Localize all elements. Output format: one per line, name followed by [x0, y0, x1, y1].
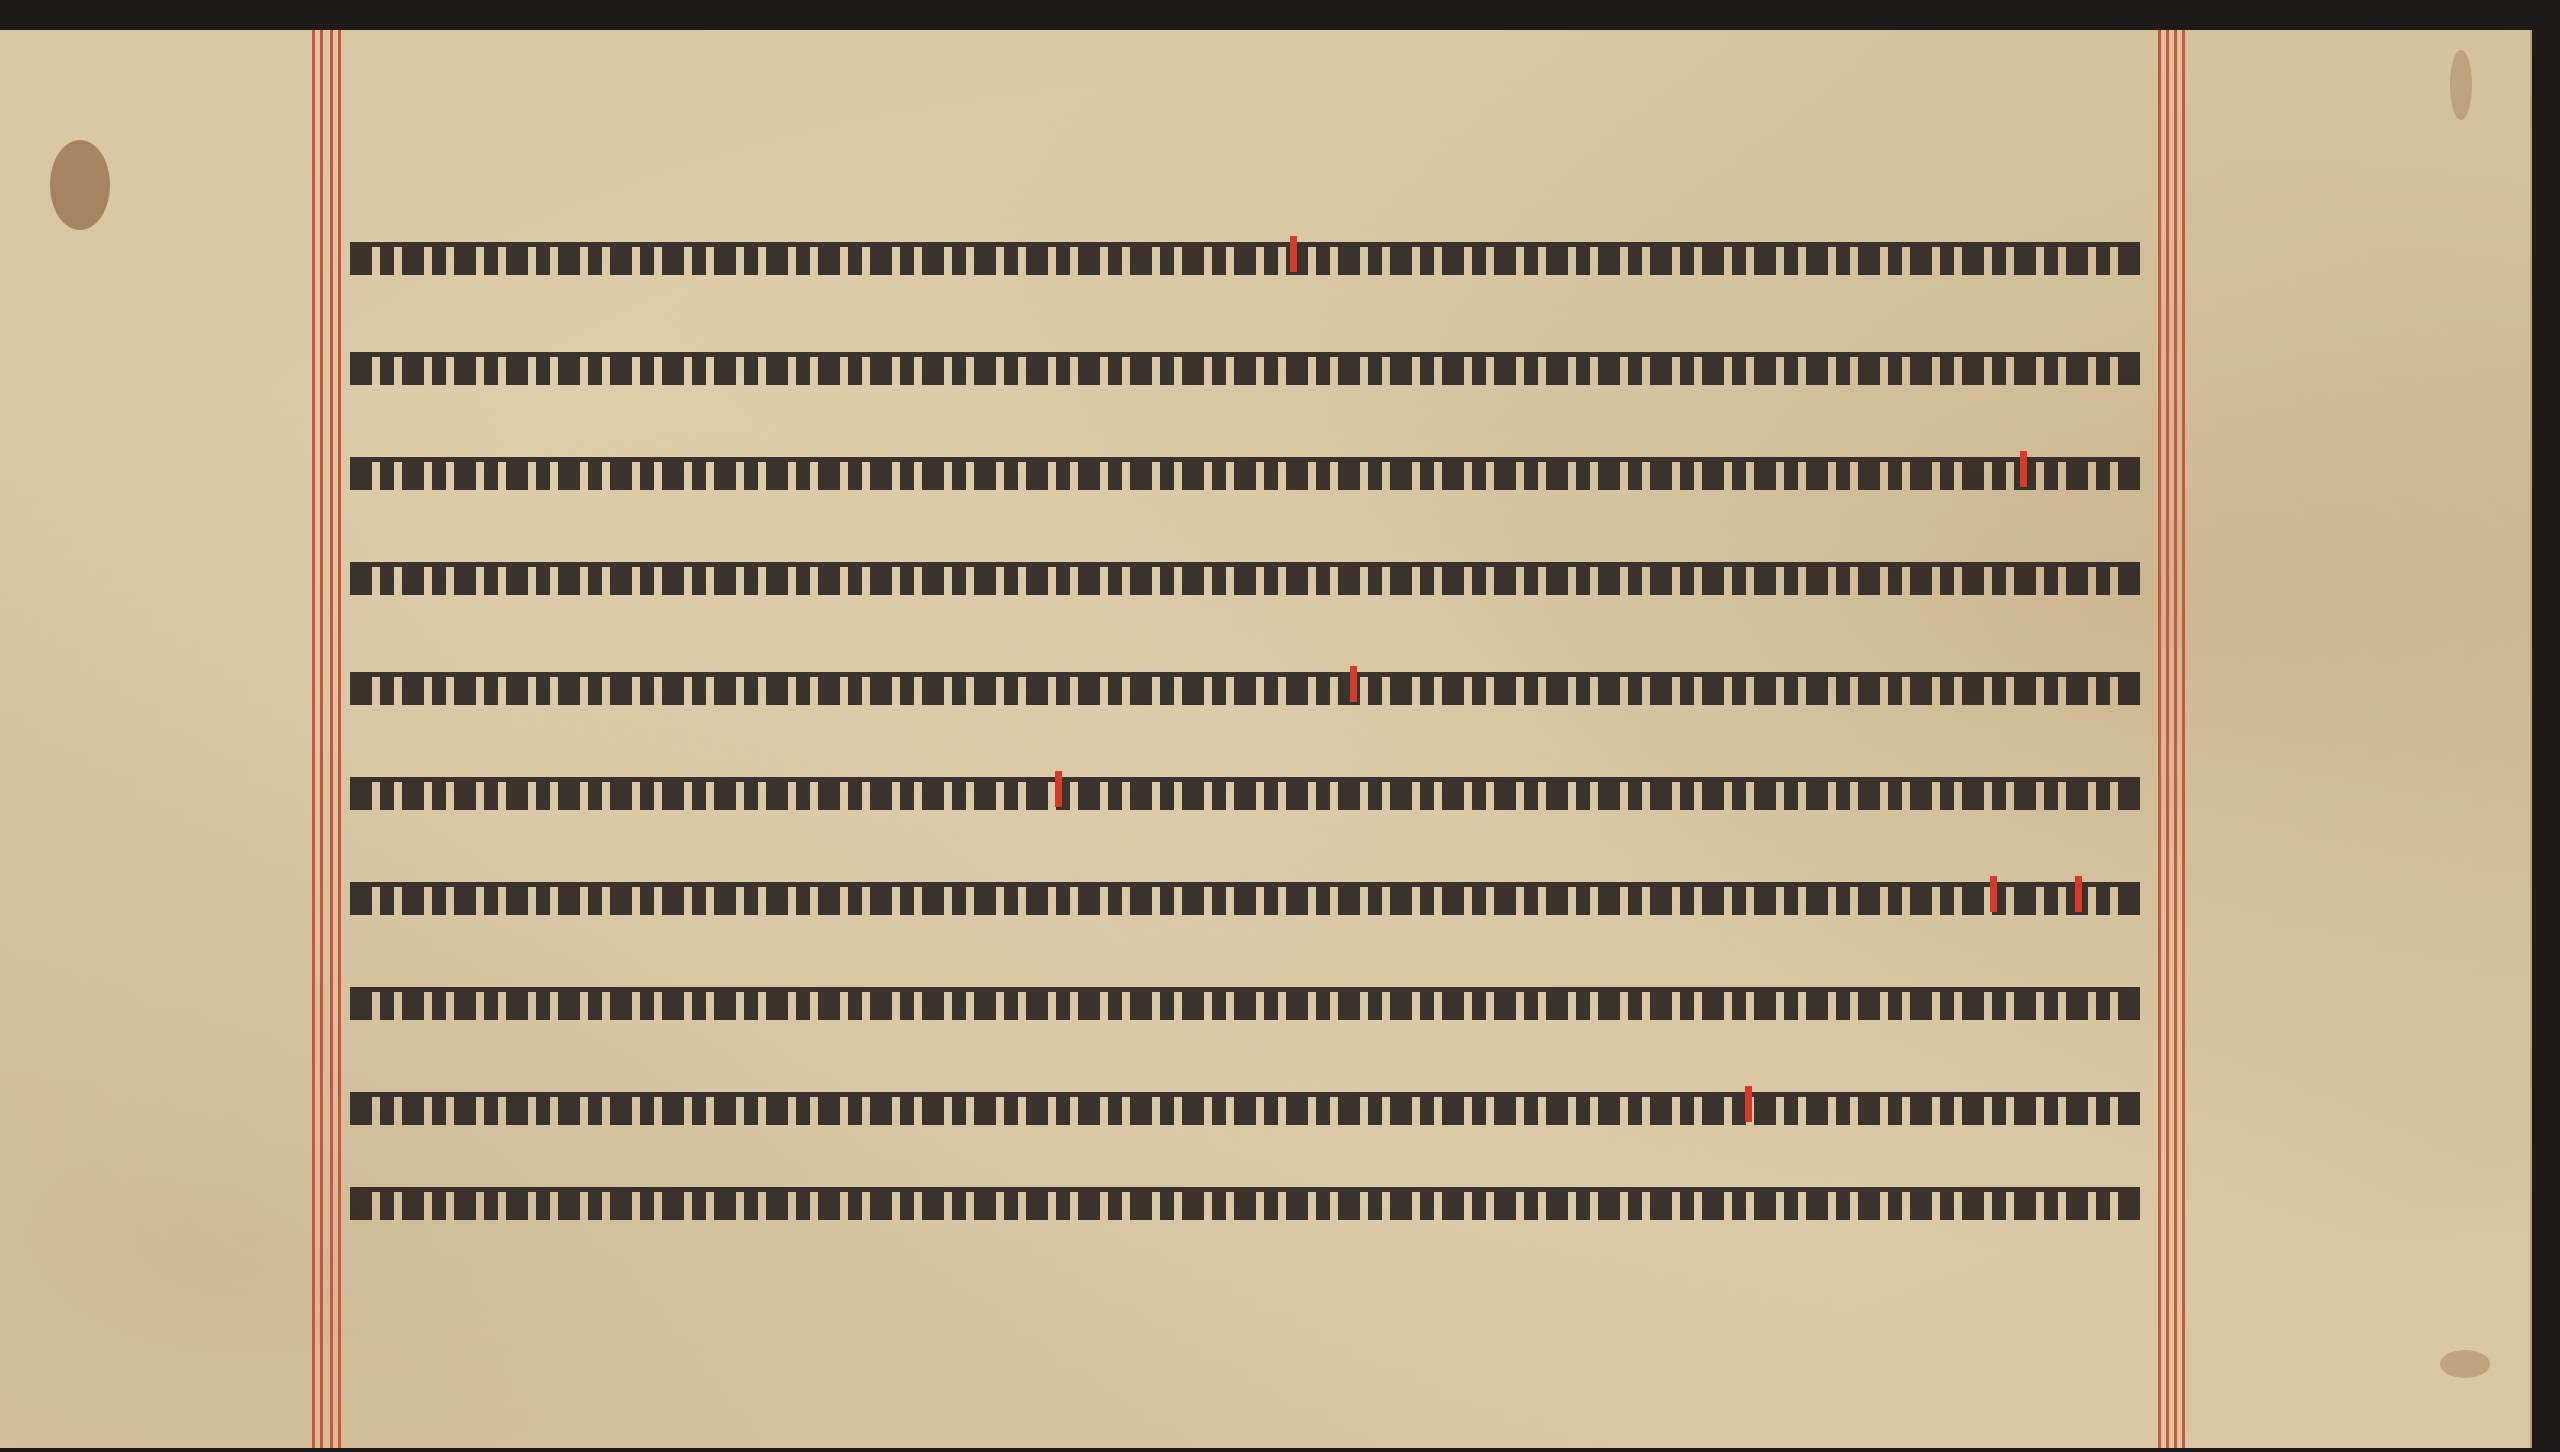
script-ink	[350, 882, 2140, 915]
margin-rule	[338, 30, 341, 1448]
red-danda-mark	[2075, 876, 2082, 912]
script-ink	[350, 457, 2140, 490]
script-ink	[350, 672, 2140, 705]
red-danda-mark	[1745, 1086, 1752, 1122]
text-line	[350, 977, 2140, 1023]
red-danda-mark	[2020, 451, 2027, 487]
red-danda-mark	[1350, 666, 1357, 702]
script-ink	[350, 987, 2140, 1020]
script-ink	[350, 242, 2140, 275]
margin-rule	[312, 30, 315, 1448]
margin-rule	[2166, 30, 2169, 1448]
text-line	[350, 767, 2140, 813]
stain-mark	[50, 140, 110, 230]
margin-rule	[2182, 30, 2185, 1448]
margin-rule	[320, 30, 323, 1448]
text-line	[350, 552, 2140, 598]
stain-mark	[2450, 50, 2472, 120]
script-ink	[350, 777, 2140, 810]
script-ink	[350, 1092, 2140, 1125]
text-line	[350, 1082, 2140, 1128]
red-danda-mark	[1990, 876, 1997, 912]
margin-rule	[2174, 30, 2177, 1448]
red-danda-mark	[1055, 771, 1062, 807]
text-line	[350, 232, 2140, 278]
stain-mark	[2440, 1350, 2490, 1378]
text-line	[350, 1177, 2140, 1223]
text-line	[350, 872, 2140, 918]
script-ink	[350, 1187, 2140, 1220]
text-line	[350, 662, 2140, 708]
script-ink	[350, 352, 2140, 385]
text-line	[350, 447, 2140, 493]
script-ink	[350, 562, 2140, 595]
text-line	[350, 342, 2140, 388]
margin-rule	[330, 30, 333, 1448]
red-danda-mark	[1290, 236, 1297, 272]
margin-rule	[2158, 30, 2161, 1448]
